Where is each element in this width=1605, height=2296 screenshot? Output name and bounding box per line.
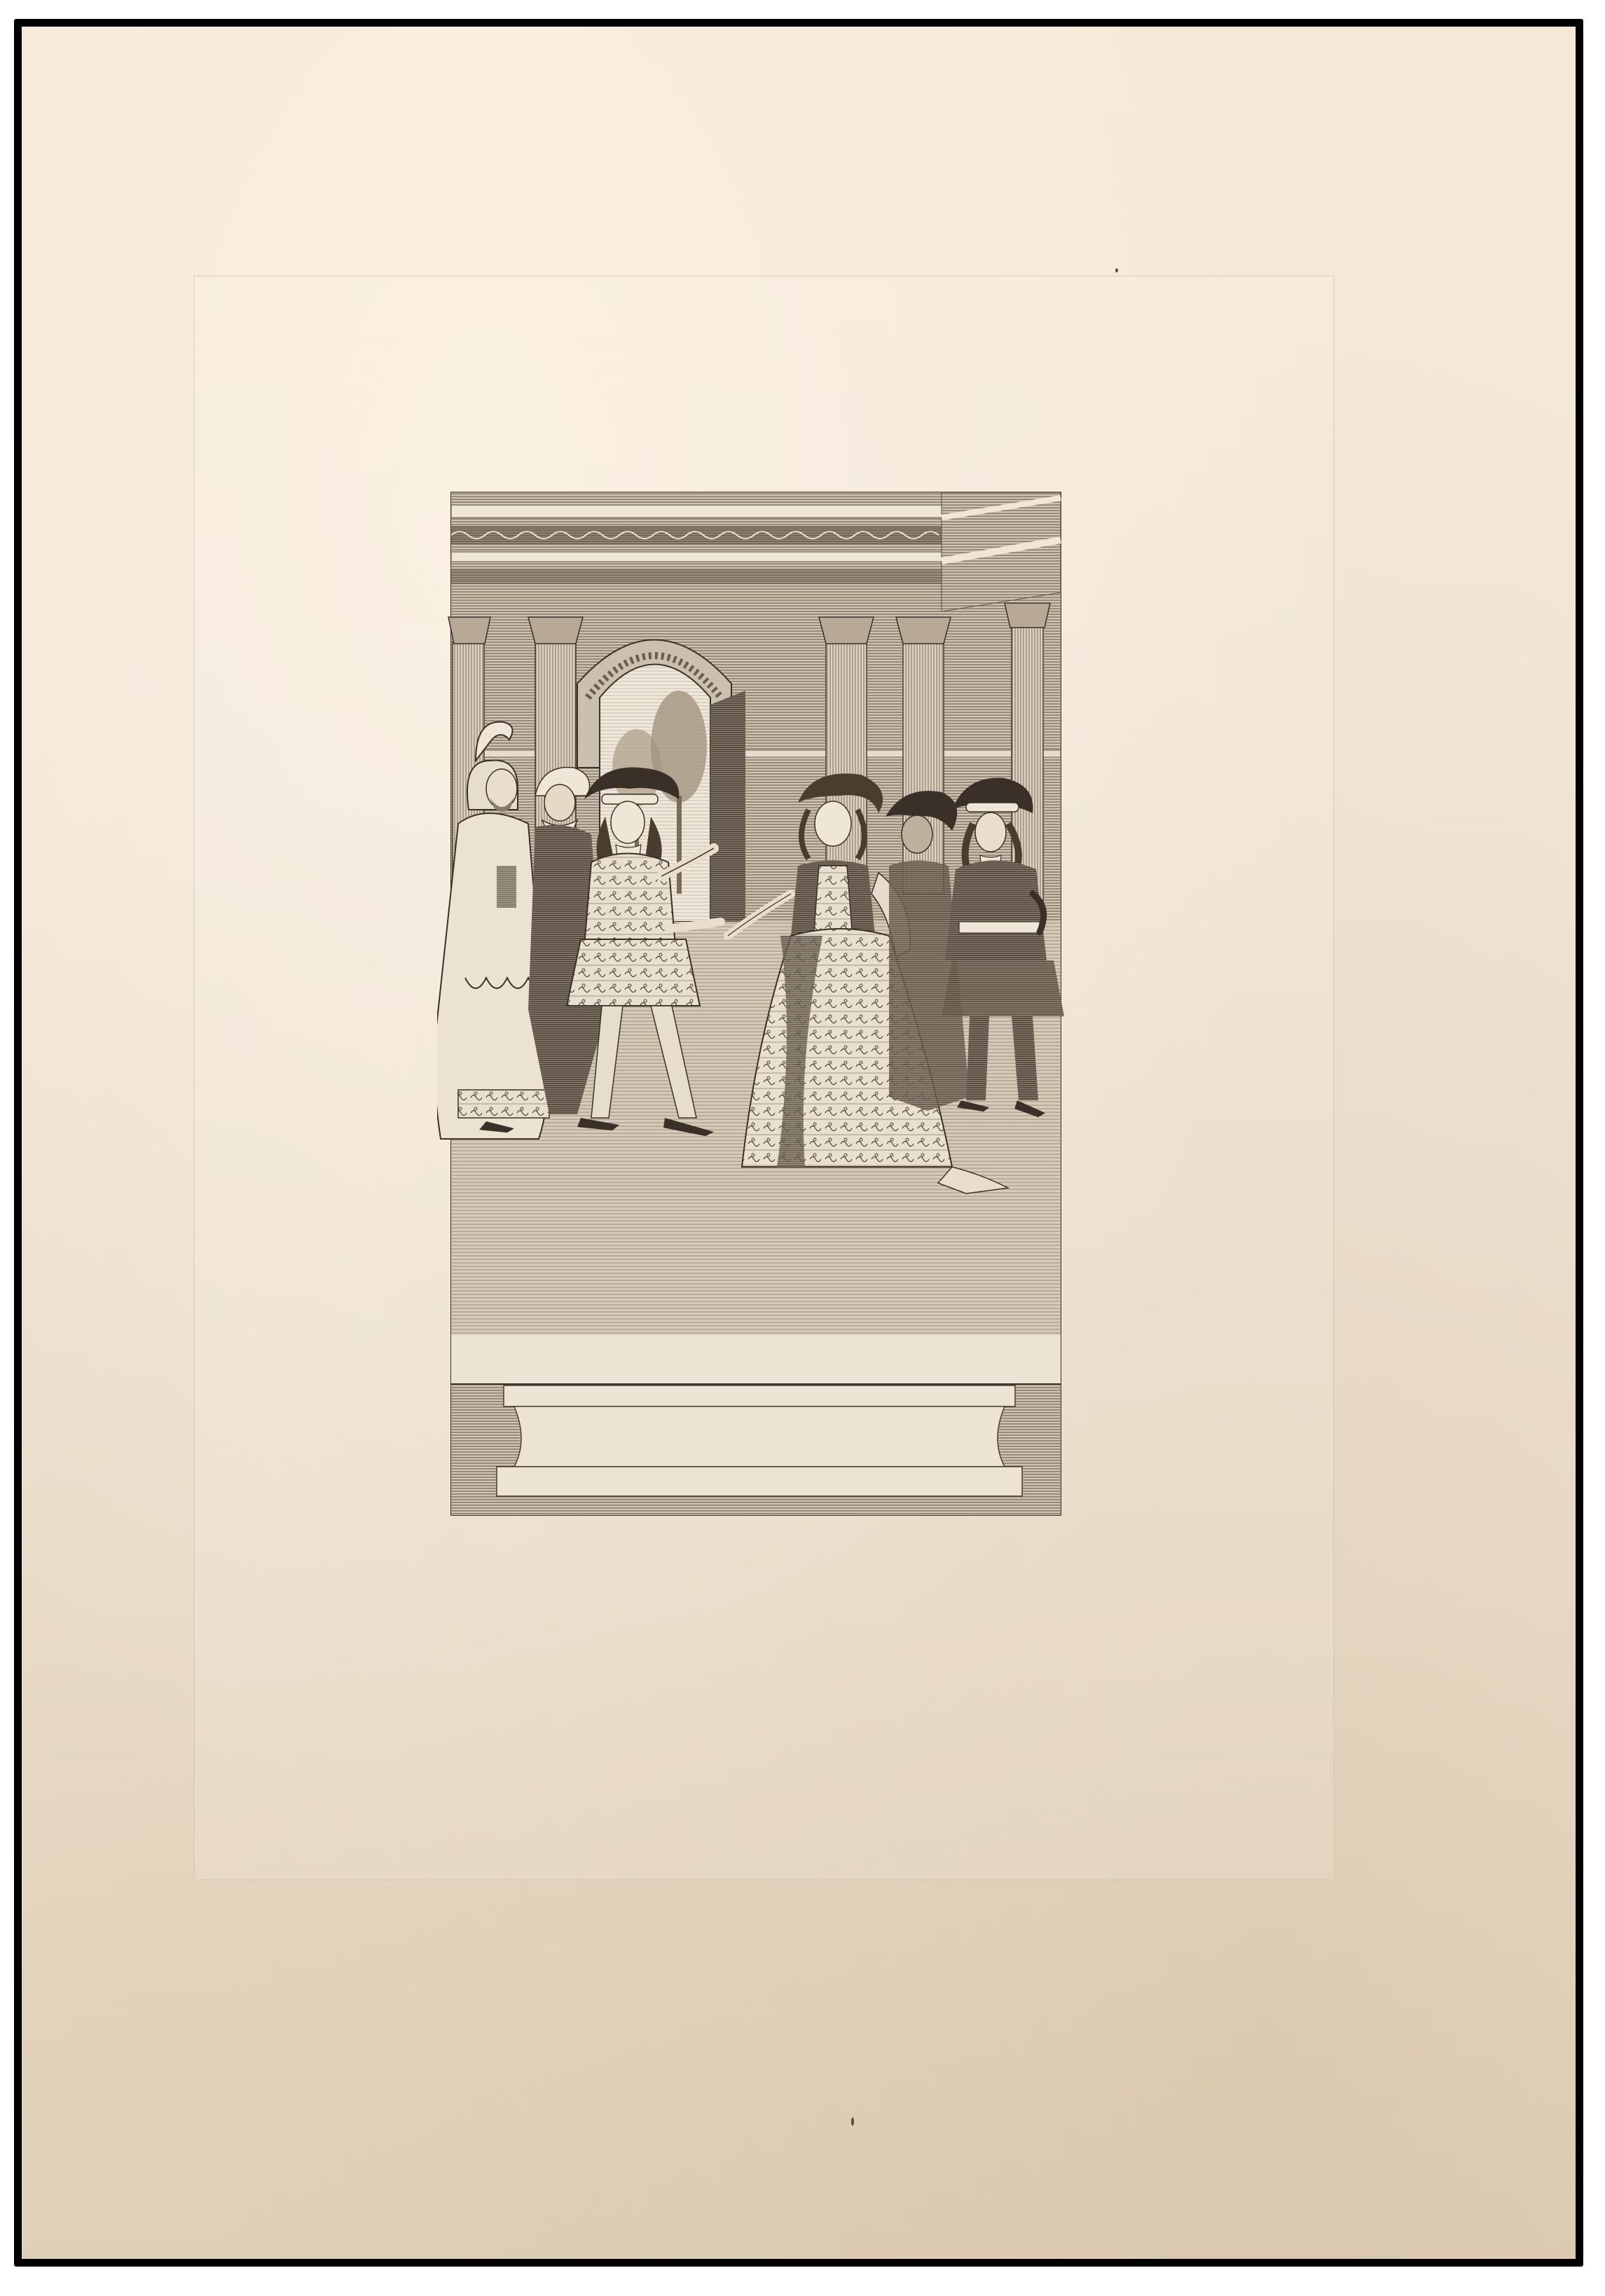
engraving-image — [437, 473, 1072, 1538]
paper-speck — [851, 2117, 854, 2126]
stage-base — [451, 1384, 1061, 1515]
paper-speck — [1115, 268, 1118, 272]
image-frame — [14, 19, 1583, 2267]
entablature — [451, 492, 1061, 611]
engraving-illustration — [437, 473, 1072, 1538]
